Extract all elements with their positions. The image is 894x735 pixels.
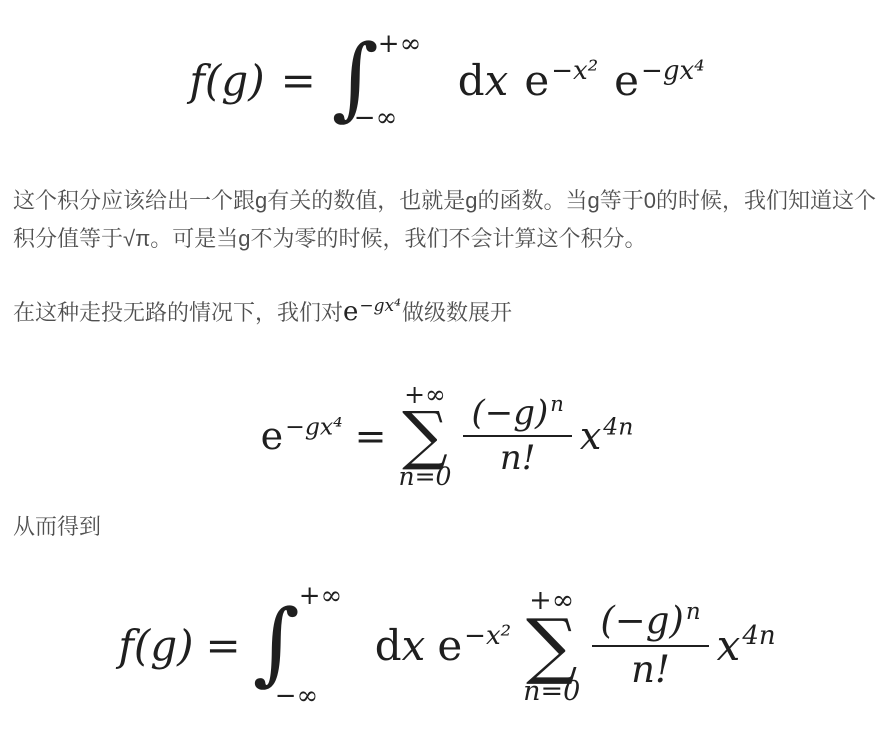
differential-dx: dx [375, 625, 426, 667]
paragraph-2: 在这种走投无路的情况下，我们对e−gx⁴做级数展开 [13, 293, 881, 332]
sigma-glyph: ∑ [523, 615, 580, 676]
exp-term-x2: e−x² [524, 60, 598, 102]
fraction-numerator: (−g)n [463, 392, 571, 435]
paragraph-1-line-1: 这个积分应该给出一个跟g有关的数值，也就是g的函数。当g等于0的时候，我们知道这… [13, 182, 881, 220]
exp-term-gx4-lhs: e−gx⁴ [261, 417, 343, 455]
math-lhs-fg: f(g) [118, 625, 193, 667]
article-page: f(g) = ∫ +∞ −∞ dx e−x² e−gx⁴ 这个积分应该给出一个跟… [0, 0, 894, 735]
formula-fg-integral: f(g) = ∫ +∞ −∞ dx e−x² e−gx⁴ [0, 30, 894, 132]
paragraph-1-line-2: 积分值等于√π。可是当g不为零的时候，我们不会计算这个积分。 [13, 220, 881, 258]
paragraph-2-text-after: 做级数展开 [402, 300, 512, 325]
sum-lower-limit: n=0 [398, 463, 451, 491]
sum-lower-limit: n=0 [523, 677, 580, 707]
fraction-denominator: n! [623, 647, 678, 694]
paragraph-3: 从而得到 [13, 508, 881, 546]
differential-dx: dx [458, 60, 509, 102]
summation-sign: +∞ ∑ n=0 [398, 381, 451, 490]
power-term-x4n: x4n [717, 625, 776, 667]
summation-sign: +∞ ∑ n=0 [523, 586, 580, 707]
integral-sign: ∫ +∞ −∞ [332, 32, 442, 130]
exp-term-gx4: e−gx⁴ [614, 60, 704, 102]
paragraph-1: 这个积分应该给出一个跟g有关的数值，也就是g的函数。当g等于0的时候，我们知道这… [13, 182, 881, 258]
integral-lower-limit: −∞ [354, 105, 397, 131]
fraction-numerator: (−g)n [592, 598, 708, 645]
equals-sign: = [355, 417, 387, 455]
equals-sign: = [206, 625, 241, 667]
integral-lower-limit: −∞ [275, 683, 318, 709]
integral-glyph: ∫ [253, 598, 300, 688]
integral-sign: ∫ +∞ −∞ [253, 584, 363, 708]
sigma-glyph: ∑ [398, 409, 451, 463]
paragraph-3-text: 从而得到 [13, 514, 101, 539]
paragraph-2-text-before: 在这种走投无路的情况下，我们对 [13, 300, 343, 325]
exp-term-x2: e−x² [437, 625, 511, 667]
formula-fg-series: f(g) = ∫ +∞ −∞ dx e−x² +∞ ∑ n=0 (−g)n n!… [0, 580, 894, 712]
equals-sign: = [281, 60, 316, 102]
integral-upper-limit: +∞ [299, 583, 342, 609]
inline-math-exp-gx4: e−gx⁴ [343, 297, 402, 327]
integral-upper-limit: +∞ [378, 31, 421, 57]
formula-series-expansion: e−gx⁴ = +∞ ∑ n=0 (−g)n n! x4n [0, 383, 894, 489]
fraction-g-n-factorial: (−g)n n! [463, 392, 571, 481]
math-lhs-fg: f(g) [189, 60, 264, 102]
power-term-x4n: x4n [580, 417, 634, 455]
fraction-denominator: n! [492, 437, 544, 480]
fraction-g-n-factorial: (−g)n n! [592, 598, 708, 694]
